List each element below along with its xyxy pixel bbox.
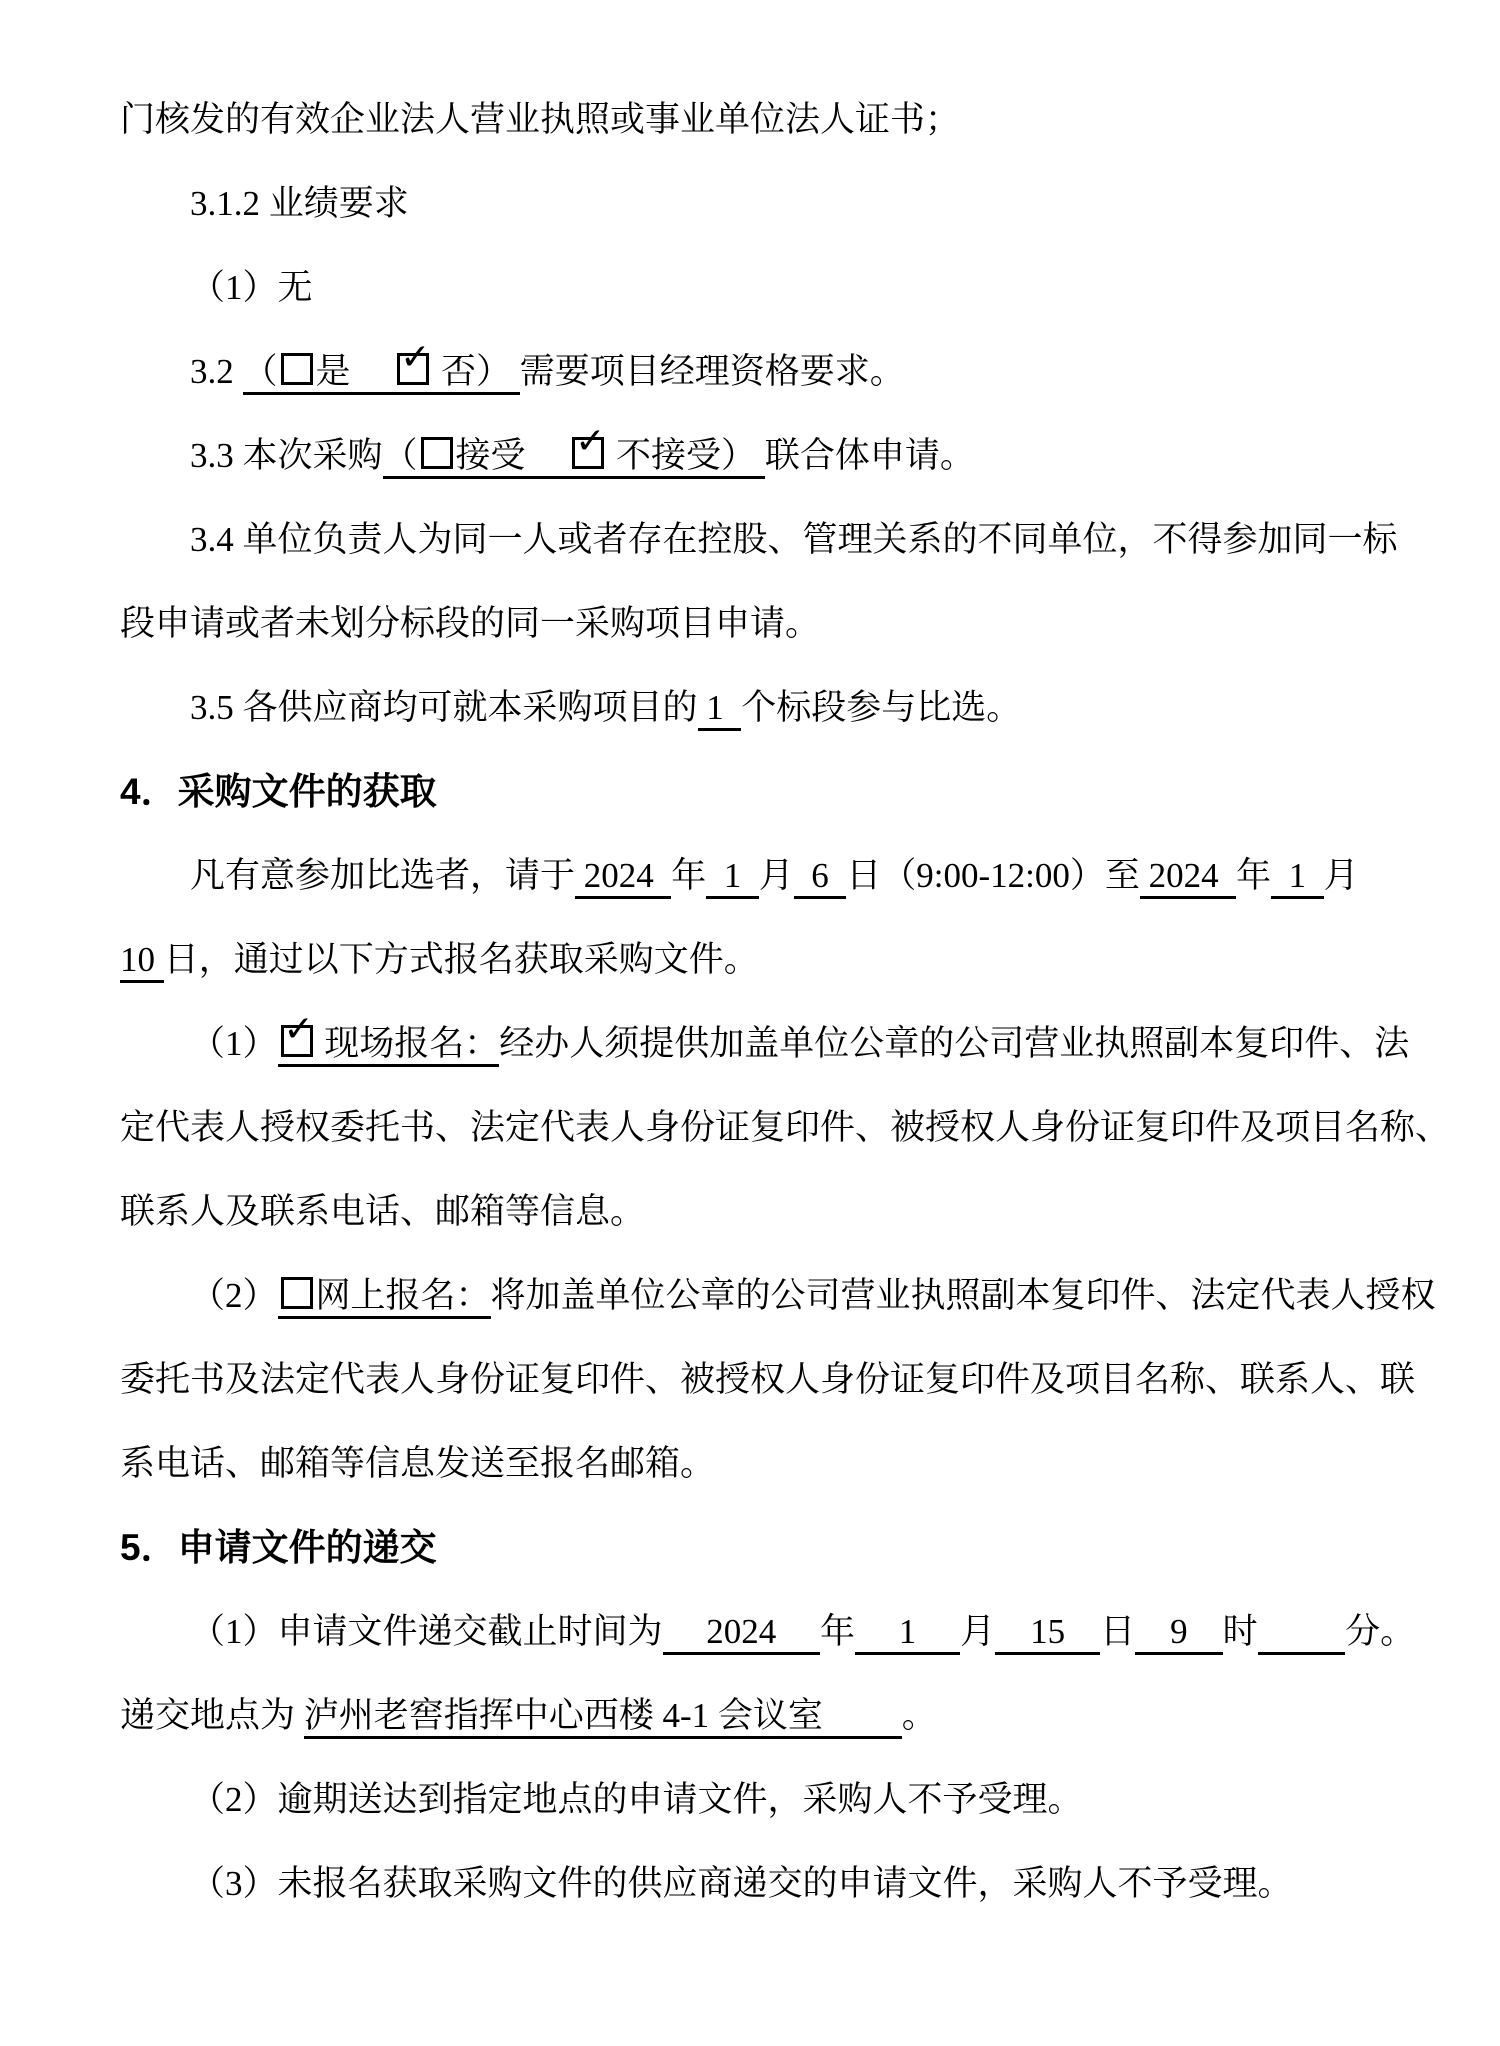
checkbox-checked-icon: ✓ xyxy=(569,436,607,479)
checkbox-box xyxy=(421,437,453,469)
check-mark-icon: ✓ xyxy=(284,1012,314,1048)
text-run: 系电话、邮箱等信息发送至报名邮箱。 xyxy=(120,1444,715,1483)
text-run: 否） xyxy=(432,352,520,395)
clause-3-1-2-item-1: （1）无 xyxy=(120,246,1412,330)
clause-3-1-1-continuation: 门核发的有效企业法人营业执照或事业单位法人证书； xyxy=(120,78,1412,162)
text-run: 凡有意参加比选者，请于 xyxy=(190,856,575,895)
text-run: （2） xyxy=(190,1276,278,1315)
clause-3-2: 3.2 （是 ✓ 否） 需要项目经理资格要求。 xyxy=(120,330,1412,414)
text-run: 时 xyxy=(1223,1612,1258,1651)
text-run: 5．申请文件的递交 xyxy=(120,1527,437,1568)
text-run: 3.5 各供应商均可就本采购项目的 xyxy=(190,688,698,727)
text-run: 年 xyxy=(671,856,706,895)
text-run: 联系人及联系电话、邮箱等信息。 xyxy=(120,1192,645,1231)
text-run: 月 xyxy=(759,856,794,895)
text-run: 网上报名： xyxy=(316,1276,491,1319)
text-run: 定代表人授权委托书、法定代表人身份证复印件、被授权人身份证复印件及项目名称、 xyxy=(120,1108,1450,1147)
section-5-item-1-line-1: （1）申请文件递交截止时间为 2024 年 1 月 15 日 9 时 分。 xyxy=(120,1590,1412,1674)
registration-option-1-line-1: （1）✓ 现场报名：经办人须提供加盖单位公章的公司营业执照副本复印件、法 xyxy=(120,1002,1412,1086)
text-run: 个标段参与比选。 xyxy=(741,688,1021,727)
checkbox-unchecked-icon xyxy=(418,436,456,479)
text-run: （3）未报名获取采购文件的供应商递交的申请文件，采购人不予受理。 xyxy=(190,1864,1293,1903)
checkbox-unchecked-icon xyxy=(278,352,316,395)
clause-3-4-line-2: 段申请或者未划分标段的同一采购项目申请。 xyxy=(120,582,1412,666)
text-run: 日（9:00-12:00）至 xyxy=(846,856,1140,895)
text-run: 2024 xyxy=(663,1612,821,1655)
text-run xyxy=(1258,1612,1346,1655)
text-run: （ xyxy=(243,352,278,395)
text-run: 月 xyxy=(960,1612,995,1651)
text-run: 分。 xyxy=(1345,1612,1415,1651)
registration-option-2-line-1: （2）网上报名：将加盖单位公章的公司营业执照副本复印件、法定代表人授权 xyxy=(120,1254,1412,1338)
text-run: 不接受） xyxy=(607,436,765,479)
text-run: 3.1.2 业绩要求 xyxy=(190,184,409,223)
checkbox-box xyxy=(281,353,313,385)
text-run: 1 xyxy=(698,688,742,731)
text-run: 月 xyxy=(1324,856,1359,895)
section-4-para-line-1: 凡有意参加比选者，请于 2024 年 1 月 6 日（9:00-12:00）至 … xyxy=(120,834,1412,918)
section-4-para-line-2: 10 日，通过以下方式报名获取采购文件。 xyxy=(120,918,1412,1002)
check-mark-icon: ✓ xyxy=(400,340,430,376)
text-run: 泸州老窖指挥中心西楼 4-1 会议室 xyxy=(304,1696,902,1739)
registration-option-2-line-3: 系电话、邮箱等信息发送至报名邮箱。 xyxy=(120,1422,1412,1506)
text-run: 接受 xyxy=(456,436,570,479)
text-run: 1 xyxy=(1271,856,1324,899)
text-run: 2024 xyxy=(575,856,671,899)
text-run: 1 xyxy=(706,856,759,899)
check-mark-icon: ✓ xyxy=(575,424,605,460)
clause-3-4-line-1: 3.4 单位负责人为同一人或者存在控股、管理关系的不同单位，不得参加同一标 xyxy=(120,498,1412,582)
section-4-heading: 4．采购文件的获取 xyxy=(120,750,1412,834)
text-run: 1 xyxy=(855,1612,960,1655)
text-run: 6 xyxy=(794,856,847,899)
document-page: 门核发的有效企业法人营业执照或事业单位法人证书；3.1.2 业绩要求（1）无3.… xyxy=(0,0,1500,2046)
text-run: （1）无 xyxy=(190,268,313,307)
clause-3-1-2-heading: 3.1.2 业绩要求 xyxy=(120,162,1412,246)
registration-option-1-line-3: 联系人及联系电话、邮箱等信息。 xyxy=(120,1170,1412,1254)
section-5-item-2: （2）逾期送达到指定地点的申请文件，采购人不予受理。 xyxy=(120,1758,1412,1842)
checkbox-box: ✓ xyxy=(397,353,429,385)
text-run: 经办人须提供加盖单位公章的公司营业执照副本复印件、法 xyxy=(499,1024,1409,1063)
text-run: 。 xyxy=(902,1696,937,1735)
checkbox-checked-icon: ✓ xyxy=(278,1024,316,1067)
checkbox-box: ✓ xyxy=(572,437,604,469)
clause-3-5: 3.5 各供应商均可就本采购项目的 1 个标段参与比选。 xyxy=(120,666,1412,750)
text-run: 2024 xyxy=(1140,856,1236,899)
text-run: （1）申请文件递交截止时间为 xyxy=(190,1612,663,1651)
registration-option-1-line-2: 定代表人授权委托书、法定代表人身份证复印件、被授权人身份证复印件及项目名称、 xyxy=(120,1086,1412,1170)
text-run: 9 xyxy=(1135,1612,1223,1655)
text-run: 3.3 本次采购 xyxy=(190,436,383,475)
text-run: （2）逾期送达到指定地点的申请文件，采购人不予受理。 xyxy=(190,1780,1083,1819)
text-run: 需要项目经理资格要求。 xyxy=(520,352,905,391)
text-run: 年 xyxy=(820,1612,855,1651)
clause-3-3: 3.3 本次采购（接受 ✓ 不接受） 联合体申请。 xyxy=(120,414,1412,498)
text-run: 将加盖单位公章的公司营业执照副本复印件、法定代表人授权 xyxy=(491,1276,1436,1315)
registration-option-2-line-2: 委托书及法定代表人身份证复印件、被授权人身份证复印件及项目名称、联系人、联 xyxy=(120,1338,1412,1422)
text-run: 门核发的有效企业法人营业执照或事业单位法人证书； xyxy=(120,100,960,139)
text-run: （ xyxy=(383,436,418,479)
text-run: 3.4 单位负责人为同一人或者存在控股、管理关系的不同单位，不得参加同一标 xyxy=(190,520,1398,559)
text-run: 日，通过以下方式报名获取采购文件。 xyxy=(164,940,759,979)
text-run: 段申请或者未划分标段的同一采购项目申请。 xyxy=(120,604,820,643)
checkbox-box: ✓ xyxy=(281,1025,313,1057)
text-run: 4．采购文件的获取 xyxy=(120,771,437,812)
checkbox-checked-icon: ✓ xyxy=(394,352,432,395)
text-run: （1） xyxy=(190,1024,278,1063)
text-run: 年 xyxy=(1236,856,1271,895)
checkbox-box xyxy=(281,1277,313,1309)
text-run: 3.2 xyxy=(190,352,243,391)
text-run: 委托书及法定代表人身份证复印件、被授权人身份证复印件及项目名称、联系人、联 xyxy=(120,1360,1415,1399)
section-5-item-1-line-2: 递交地点为 泸州老窖指挥中心西楼 4-1 会议室 。 xyxy=(120,1674,1412,1758)
text-run: 日 xyxy=(1100,1612,1135,1651)
text-run: 15 xyxy=(995,1612,1100,1655)
text-run: 联合体申请。 xyxy=(765,436,975,475)
text-run: 是 xyxy=(316,352,395,395)
text-run: 递交地点为 xyxy=(120,1696,304,1735)
text-run: 现场报名： xyxy=(316,1024,500,1067)
section-5-heading: 5．申请文件的递交 xyxy=(120,1506,1412,1590)
text-run: 10 xyxy=(120,940,164,983)
checkbox-unchecked-icon xyxy=(278,1276,316,1319)
section-5-item-3: （3）未报名获取采购文件的供应商递交的申请文件，采购人不予受理。 xyxy=(120,1842,1412,1926)
